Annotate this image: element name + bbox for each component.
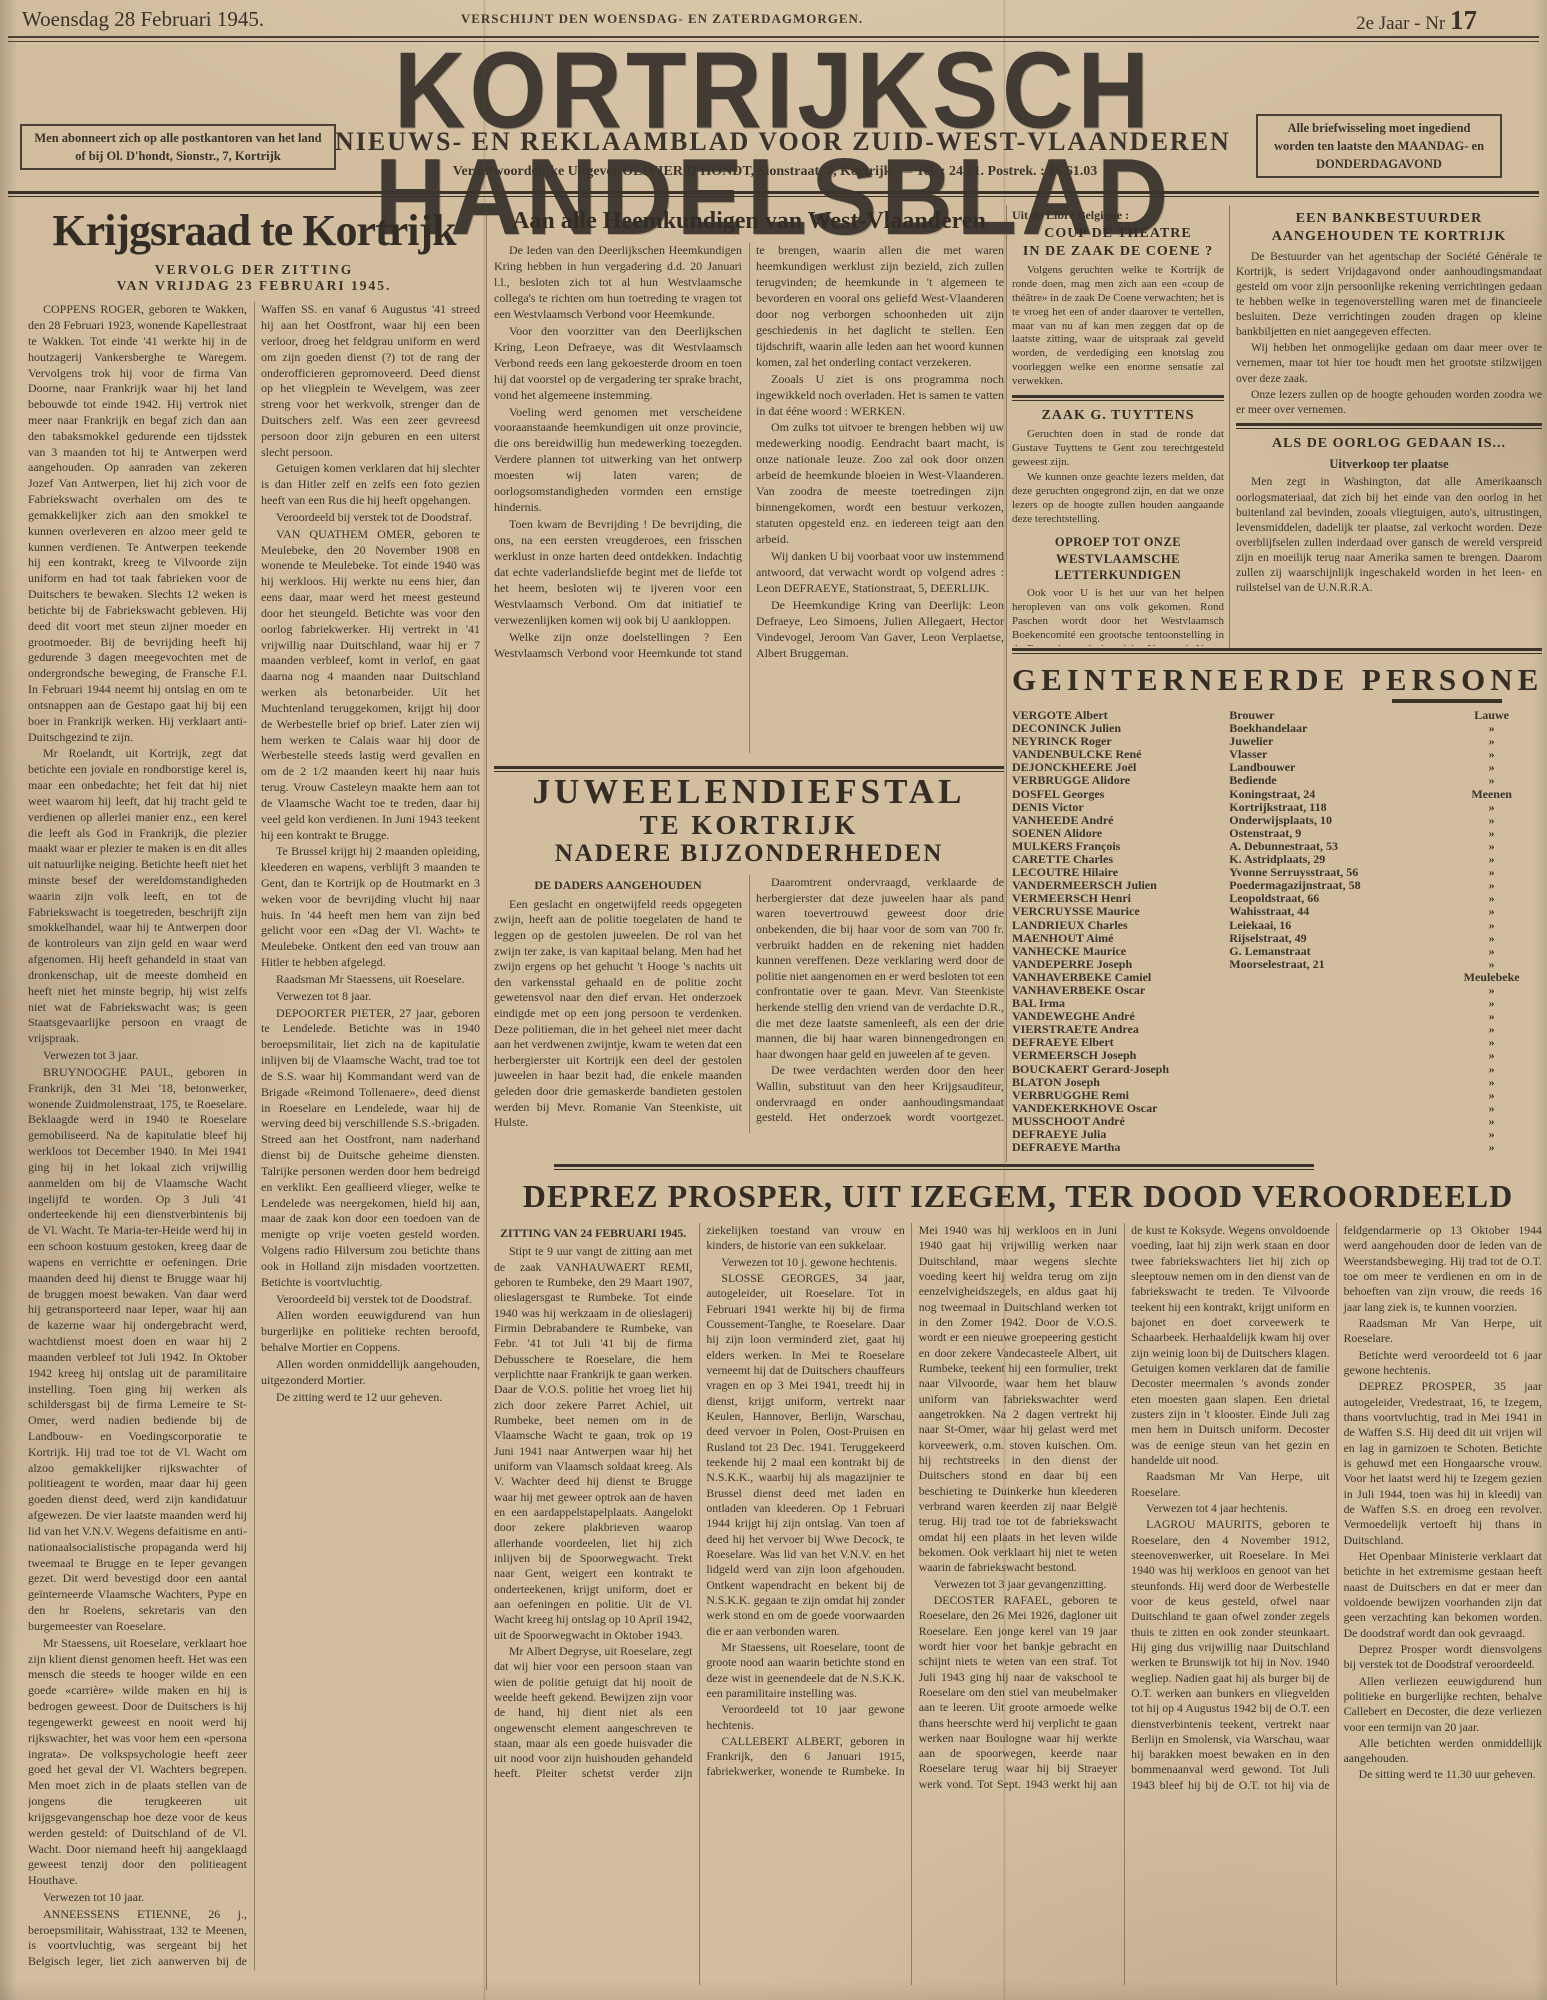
person-name: BAL Irma <box>1012 997 1229 1010</box>
paragraph: Verwezen tot 8 jaar. <box>261 989 480 1005</box>
article-oorlog-title: ALS DE OORLOG GEDAAN IS... <box>1236 435 1542 453</box>
person-detail <box>1229 1102 1441 1115</box>
article-krijgsraad-body: COPPENS ROGER, geboren te Wakken, den 28… <box>28 302 480 1970</box>
person-place: » <box>1441 1049 1542 1062</box>
article-libre-tagline: Uit de Libre Belgique : <box>1012 208 1224 223</box>
person-place: Meenen <box>1441 788 1542 801</box>
person-name: MAENHOUT Aimé <box>1012 932 1229 945</box>
table-row: MULKERS FrançoisA. Debunnestraat, 53» <box>1012 840 1542 853</box>
table-row: DEFRAEYE Martha» <box>1012 1141 1542 1154</box>
paragraph: Veroordeeld bij verstek tot de Doodstraf… <box>261 510 480 526</box>
person-place: » <box>1441 840 1542 853</box>
column-divider <box>486 205 487 1990</box>
person-detail: Landbouwer <box>1229 761 1441 774</box>
person-detail: Bediende <box>1229 774 1441 787</box>
article-deprez-body: ZITTING VAN 24 FEBRUARI 1945.Stipt te 9 … <box>494 1223 1542 1985</box>
person-detail <box>1229 1049 1441 1062</box>
person-detail <box>1229 1089 1441 1102</box>
person-name: VANDEPERRE Joseph <box>1012 958 1229 971</box>
person-detail <box>1229 1128 1441 1141</box>
table-row: LANDRIEUX CharlesLeiekaai, 16» <box>1012 919 1542 932</box>
person-place: Lauwe <box>1441 709 1542 722</box>
paragraph: DE DADERS AANGEHOUDEN <box>494 878 742 894</box>
article-oorlog-subtitle: Uitverkoop ter plaatse <box>1236 456 1542 472</box>
section-rule <box>1012 395 1224 401</box>
person-name: VANDEWEGHE André <box>1012 1010 1229 1023</box>
article-oproep-title: OPROEP TOT ONZE WESTVLAAMSCHE LETTERKUND… <box>1012 534 1224 583</box>
article-bank-title: EEN BANKBESTUURDER AANGEHOUDEN TE KORTRI… <box>1236 210 1542 245</box>
person-name: DEFRAEYE Elbert <box>1012 1036 1229 1049</box>
paragraph: Mr Roelandt, uit Kortrijk, zegt dat beti… <box>28 746 247 1047</box>
issue-number: 2e Jaar - Nr 17 <box>1356 5 1477 36</box>
paragraph: Het Openbaar Ministerie verklaart dat be… <box>1344 1549 1542 1641</box>
title-line: COUP DE THEATRE <box>1012 225 1224 243</box>
person-name: VERBRUGGE Alidore <box>1012 774 1229 787</box>
article-juweelen-title-line1: JUWEELENDIEFSTAL <box>494 774 1004 811</box>
person-name: VANHEEDE André <box>1012 814 1229 827</box>
table-row: VANHAVERBEKE CamielMeulebeke <box>1012 971 1542 984</box>
person-detail <box>1229 1076 1441 1089</box>
subhead-line: VERVOLG DER ZITTING <box>28 262 480 278</box>
person-detail: Koningstraat, 24 <box>1229 788 1441 801</box>
paragraph: De Bestuurder van het agentschap der Soc… <box>1236 249 1542 339</box>
paragraph: De zitting werd te 12 uur geheven. <box>261 1390 480 1406</box>
paragraph: Een geslacht en ongetwijfeld reeds opgeg… <box>494 897 742 1131</box>
person-place: » <box>1441 932 1542 945</box>
person-detail: Kortrijkstraat, 118 <box>1229 801 1441 814</box>
person-detail <box>1229 1036 1441 1049</box>
person-place: » <box>1441 1010 1542 1023</box>
paragraph: Zooals U ziet is ons programma noch inge… <box>756 372 1004 420</box>
article-krijgsraad-title: Krijgsraad te Kortrijk <box>28 208 480 254</box>
person-detail: A. Debunnestraat, 53 <box>1229 840 1441 853</box>
paragraph: Allen worden onmiddellijk aangehouden, u… <box>261 1357 480 1389</box>
person-place: » <box>1441 892 1542 905</box>
person-place: » <box>1441 1141 1542 1154</box>
table-row: VERCRUYSSE MauriceWahisstraat, 44» <box>1012 905 1542 918</box>
person-place: » <box>1441 905 1542 918</box>
geinterneerde-table: VERGOTE AlbertBrouwerLauweDECONINCK Juli… <box>1012 709 1542 1154</box>
person-detail <box>1229 984 1441 997</box>
article-deprez-title: DEPREZ PROSPER, UIT IZEGEM, TER DOOD VER… <box>494 1178 1542 1215</box>
article-juweelen-title-line3: NADERE BIJZONDERHEDEN <box>494 840 1004 869</box>
geinterneerde-title: GEINTERNEERDE PERSONEN <box>1012 662 1542 698</box>
person-place: » <box>1441 814 1542 827</box>
person-name: LANDRIEUX Charles <box>1012 919 1229 932</box>
person-detail: G. Lemanstraat <box>1229 945 1441 958</box>
table-row: NEYRINCK RogerJuwelier» <box>1012 735 1542 748</box>
paragraph: Raadsman Mr Van Herpe, uit Roeselare. <box>1131 1469 1329 1500</box>
publisher-line: Verantwoordelijke Uitgever OLIVIER D'HON… <box>300 164 1250 180</box>
person-name: LECOUTRE Hilaire <box>1012 866 1229 879</box>
person-name: BLATON Joseph <box>1012 1076 1229 1089</box>
article-oproep-body: Ook voor U is het uur van het helpen her… <box>1012 587 1224 646</box>
table-row: SOENEN AlidoreOstenstraat, 9» <box>1012 827 1542 840</box>
paragraph: De Heemkundige Kring van Deerlijk: Leon … <box>756 598 1004 662</box>
person-detail: Juwelier <box>1229 735 1441 748</box>
table-row: DECONINCK JulienBoekhandelaar» <box>1012 722 1542 735</box>
issue-date: Woensdag 28 Februari 1945. <box>22 7 264 32</box>
table-row: BLATON Joseph» <box>1012 1076 1542 1089</box>
table-row: DEFRAEYE Julia» <box>1012 1128 1542 1141</box>
table-row: VANDEKERKHOVE Oscar» <box>1012 1102 1542 1115</box>
person-name: DEFRAEYE Julia <box>1012 1128 1229 1141</box>
article-juweelen-body: DE DADERS AANGEHOUDENEen geslacht en ong… <box>494 875 1004 1133</box>
person-detail <box>1229 971 1441 984</box>
table-row: LECOUTRE HilaireYvonne Serruysstraat, 56… <box>1012 866 1542 879</box>
person-name: VANDEKERKHOVE Oscar <box>1012 1102 1229 1115</box>
table-row: VANHAVERBEKE Oscar» <box>1012 984 1542 997</box>
person-name: NEYRINCK Roger <box>1012 735 1229 748</box>
person-place: » <box>1441 1036 1542 1049</box>
person-name: VANHAVERBEKE Oscar <box>1012 984 1229 997</box>
article-deprez: DEPREZ PROSPER, UIT IZEGEM, TER DOOD VER… <box>494 1164 1542 1990</box>
table-row: BOUCKAERT Gerard-Joseph» <box>1012 1063 1542 1076</box>
article-heemkundigen-body: De leden van den Deerlijkschen Heemkundi… <box>494 243 1004 753</box>
person-place: » <box>1441 853 1542 866</box>
title-line: AANGEHOUDEN TE KORTRIJK <box>1236 228 1542 246</box>
person-name: CARETTE Charles <box>1012 853 1229 866</box>
person-detail <box>1229 1063 1441 1076</box>
person-detail: Leiekaai, 16 <box>1229 919 1441 932</box>
person-place: » <box>1441 984 1542 997</box>
paragraph: Raadsman Mr Van Herpe, uit Roeselare. <box>1344 1316 1542 1347</box>
paragraph: Allen verliezen eeuwigdurend hun politie… <box>1344 1674 1542 1735</box>
person-detail <box>1229 1141 1441 1154</box>
table-row: VERMEERSCH HenriLeopoldstraat, 66» <box>1012 892 1542 905</box>
table-row: VANDENBULCKE RenéVlasser» <box>1012 748 1542 761</box>
article-krijgsraad: Krijgsraad te Kortrijk VERVOLG DER ZITTI… <box>28 208 480 1990</box>
person-detail <box>1229 1023 1441 1036</box>
person-place: » <box>1441 919 1542 932</box>
subscription-notice-box: Men abonneert zich op alle postkantoren … <box>20 124 336 170</box>
person-name: VERGOTE Albert <box>1012 709 1229 722</box>
person-place: » <box>1441 1063 1542 1076</box>
article-juweelendiefstal: JUWEELENDIEFSTAL TE KORTRIJK NADERE BIJZ… <box>494 774 1004 1160</box>
person-place: » <box>1441 801 1542 814</box>
article-oorlog-body: Men zegt in Washington, dat alle Amerika… <box>1236 474 1542 595</box>
article-heemkundigen: Aan alle Heemkundigen van West-Vlaandere… <box>494 208 1004 764</box>
person-name: DECONINCK Julien <box>1012 722 1229 735</box>
person-place: » <box>1441 1128 1542 1141</box>
paragraph: Verwezen tot 10 jaar. <box>28 1890 247 1906</box>
newspaper-page: Woensdag 28 Februari 1945. VERSCHIJNT DE… <box>0 0 1547 2000</box>
paragraph: Mr Staessens, uit Roeselare, toont de gr… <box>706 1640 904 1701</box>
person-name: VANHECKE Maurice <box>1012 945 1229 958</box>
table-row: DEFRAEYE Elbert» <box>1012 1036 1542 1049</box>
person-place: » <box>1441 774 1542 787</box>
person-name: DEJONCKHEERE Joël <box>1012 761 1229 774</box>
paragraph: Verwezen tot 4 jaar hechtenis. <box>1131 1501 1329 1516</box>
person-detail: Brouwer <box>1229 709 1441 722</box>
paragraph: We kunnen onze geachte lezers melden, da… <box>1012 471 1224 526</box>
paragraph: Geruchten doen in stad de ronde dat Gust… <box>1012 428 1224 470</box>
table-row: VIERSTRAETE Andrea» <box>1012 1023 1542 1036</box>
person-name: VERCRUYSSE Maurice <box>1012 905 1229 918</box>
paragraph: Betichte werd veroordeeld tot 6 jaar gew… <box>1344 1348 1542 1379</box>
table-row: VANHEEDE AndréOnderwijsplaats, 10» <box>1012 814 1542 827</box>
person-name: DENIS Victor <box>1012 801 1229 814</box>
paragraph: Verwezen tot 10 j. gewone hechtenis. <box>706 1255 904 1270</box>
paragraph: Veroordeeld bij verstek tot de Doodstraf… <box>261 1292 480 1308</box>
subhead-line: VAN VRIJDAG 23 FEBRUARI 1945. <box>28 278 480 294</box>
paragraph: Voor den voorzitter van den Deerlijksche… <box>494 324 742 404</box>
table-row: DEJONCKHEERE JoëlLandbouwer» <box>1012 761 1542 774</box>
section-rule <box>554 1164 1314 1170</box>
paragraph: De leden van den Deerlijkschen Heemkundi… <box>494 243 742 323</box>
paragraph: Toen kwam de Bevrijding ! De bevrijding,… <box>494 517 742 629</box>
table-row: VANDEPERRE JosephMoorselestraat, 21» <box>1012 958 1542 971</box>
person-place: » <box>1441 722 1542 735</box>
paragraph: Veroordeeld tot 10 jaar gewone hechtenis… <box>706 1702 904 1733</box>
person-name: BOUCKAERT Gerard-Joseph <box>1012 1063 1229 1076</box>
paragraph: SLOSSE GEORGES, 34 jaar, autogeleider, u… <box>706 1271 904 1639</box>
paragraph: De sitting werd te 11.30 uur geheven. <box>1344 1767 1542 1782</box>
person-place: » <box>1441 1076 1542 1089</box>
paragraph: Mr Staessens, uit Roeselare, verklaart h… <box>28 1636 247 1889</box>
title-line: OPROEP TOT ONZE <box>1012 534 1224 550</box>
section-rule <box>1236 423 1542 429</box>
person-detail <box>1229 997 1441 1010</box>
paragraph: DEPOORTER PIETER, 27 jaar, geboren te Le… <box>261 1006 480 1291</box>
paragraph: Verwezen tot 3 jaar. <box>28 1048 247 1064</box>
table-row: MAENHOUT AiméRijselstraat, 49» <box>1012 932 1542 945</box>
table-row: DOSFEL GeorgesKoningstraat, 24Meenen <box>1012 788 1542 801</box>
person-name: VERMEERSCH Henri <box>1012 892 1229 905</box>
table-row: VANDERMEERSCH JulienPoedermagazijnstraat… <box>1012 879 1542 892</box>
paragraph: Verwezen tot 3 jaar gevangenzitting. <box>919 1577 1117 1592</box>
article-tuyttens-title: ZAAK G. TUYTTENS <box>1012 407 1224 425</box>
paragraph: VAN QUATHEM OMER, geboren te Meulebeke, … <box>261 527 480 844</box>
person-name: VERMEERSCH Joseph <box>1012 1049 1229 1062</box>
paragraph: Volgens geruchten welke te Kortrijk de r… <box>1012 264 1224 389</box>
paragraph: Te Brussel krijgt hij 2 maanden opleidin… <box>261 844 480 971</box>
person-detail <box>1229 1010 1441 1023</box>
person-name: VERBRUGGHE Remi <box>1012 1089 1229 1102</box>
person-detail: Vlasser <box>1229 748 1441 761</box>
table-row: VERBRUGGHE Remi» <box>1012 1089 1542 1102</box>
column-divider <box>1229 205 1230 648</box>
paragraph: Wij hebben het onmogelijke gedaan om daa… <box>1236 340 1542 385</box>
title-line: WESTVLAAMSCHE LETTERKUNDIGEN <box>1012 551 1224 584</box>
person-place: » <box>1441 1023 1542 1036</box>
paragraph: BRUYNOOGHE PAUL, geboren in Frankrijk, d… <box>28 1065 247 1635</box>
person-detail: Moorselestraat, 21 <box>1229 958 1441 971</box>
person-detail: Ostenstraat, 9 <box>1229 827 1441 840</box>
person-place: » <box>1441 945 1542 958</box>
column-divider <box>1006 205 1007 1162</box>
person-detail: Yvonne Serruysstraat, 56 <box>1229 866 1441 879</box>
paragraph: Deprez Prosper wordt diensvolgens bij ve… <box>1344 1642 1542 1673</box>
title-line: EEN BANKBESTUURDER <box>1236 210 1542 228</box>
person-name: VANDERMEERSCH Julien <box>1012 879 1229 892</box>
person-place: » <box>1441 1102 1542 1115</box>
paragraph: Allen worden eeuwigdurend van hun burger… <box>261 1308 480 1355</box>
article-heemkundigen-title: Aan alle Heemkundigen van West-Vlaandere… <box>494 208 1004 235</box>
table-row: CARETTE CharlesK. Astridplaats, 29» <box>1012 853 1542 866</box>
person-name: DEFRAEYE Martha <box>1012 1141 1229 1154</box>
correspondence-notice-box: Alle briefwisseling moet ingediend worde… <box>1256 114 1502 178</box>
person-name: VANDENBULCKE René <box>1012 748 1229 761</box>
article-libre-body: Volgens geruchten welke te Kortrijk de r… <box>1012 264 1224 389</box>
article-krijgsraad-subhead: VERVOLG DER ZITTING VAN VRIJDAG 23 FEBRU… <box>28 262 480 294</box>
person-detail: Rijselstraat, 49 <box>1229 932 1441 945</box>
table-row: VERMEERSCH Joseph» <box>1012 1049 1542 1062</box>
table-row: BAL Irma» <box>1012 997 1542 1010</box>
person-place: » <box>1441 748 1542 761</box>
person-detail: Wahisstraat, 44 <box>1229 905 1441 918</box>
paragraph: Alle betichten werden onmiddellijk aange… <box>1344 1736 1542 1767</box>
paragraph: Daaromtrent ondervraagd, verklaarde de h… <box>756 875 1004 1062</box>
paragraph: Raadsman Mr Staessens, uit Roeselare. <box>261 972 480 988</box>
title-underline <box>1392 699 1502 703</box>
paragraph: ZITTING VAN 24 FEBRUARI 1945. <box>494 1226 692 1241</box>
table-row: VERGOTE AlbertBrouwerLauwe <box>1012 709 1542 722</box>
article-libre-title: COUP DE THEATRE IN DE ZAAK DE COENE ? <box>1012 225 1224 260</box>
person-place: » <box>1441 735 1542 748</box>
person-name: MUSSCHOOT André <box>1012 1115 1229 1128</box>
person-name: VIERSTRAETE Andrea <box>1012 1023 1229 1036</box>
paragraph: Wij danken U bij voorbaat voor uw instem… <box>756 549 1004 597</box>
table-row: DENIS VictorKortrijkstraat, 118» <box>1012 801 1542 814</box>
person-place: Meulebeke <box>1441 971 1542 984</box>
person-detail: Boekhandelaar <box>1229 722 1441 735</box>
person-detail: Onderwijsplaats, 10 <box>1229 814 1441 827</box>
person-name: SOENEN Alidore <box>1012 827 1229 840</box>
column-bankbestuurder: EEN BANKBESTUURDER AANGEHOUDEN TE KORTRI… <box>1236 208 1542 648</box>
table-row: VANDEWEGHE André» <box>1012 1010 1542 1023</box>
paragraph: Onze lezers zullen op de hoogte gehouden… <box>1236 387 1542 417</box>
person-name: VANHAVERBEKE Camiel <box>1012 971 1229 984</box>
paragraph: COPPENS ROGER, geboren te Wakken, den 28… <box>28 302 247 745</box>
table-row: VERBRUGGE AlidoreBediende» <box>1012 774 1542 787</box>
section-rule <box>1012 648 1542 654</box>
issue-no: 17 <box>1450 5 1477 35</box>
person-detail: Leopoldstraat, 66 <box>1229 892 1441 905</box>
table-row: MUSSCHOOT André» <box>1012 1115 1542 1128</box>
article-bank-body: De Bestuurder van het agentschap der Soc… <box>1236 249 1542 417</box>
paragraph: DEPREZ PROSPER, 35 jaar autogeleider, Vr… <box>1344 1379 1542 1548</box>
paragraph: Getuigen komen verklaren dat hij slechte… <box>261 461 480 508</box>
person-place: » <box>1441 958 1542 971</box>
person-place: » <box>1441 1115 1542 1128</box>
table-row: VANHECKE MauriceG. Lemanstraat» <box>1012 945 1542 958</box>
article-tuyttens-body: Geruchten doen in stad de ronde dat Gust… <box>1012 428 1224 526</box>
paragraph: Ook voor U is het uur van het helpen her… <box>1012 587 1224 646</box>
paragraph: Stipt te 9 uur vangt de zitting aan met … <box>494 1244 692 1643</box>
paragraph: Men zegt in Washington, dat alle Amerika… <box>1236 474 1542 595</box>
person-place: » <box>1441 866 1542 879</box>
person-place: » <box>1441 761 1542 774</box>
person-detail: K. Astridplaats, 29 <box>1229 853 1441 866</box>
paragraph: Om zulks tot uitvoer te brengen hebben w… <box>756 420 1004 548</box>
paragraph: Voeling werd genomen met verscheidene vo… <box>494 405 742 517</box>
article-geinterneerde-personen: GEINTERNEERDE PERSONEN VERGOTE AlbertBro… <box>1012 656 1542 1162</box>
person-detail <box>1229 1115 1441 1128</box>
masthead-bottom-rule <box>8 191 1539 197</box>
paper-subtitle: NIEUWS- EN REKLAAMBLAD VOOR ZUID-WEST-VL… <box>335 127 1215 157</box>
person-detail: Poedermagazijnstraat, 58 <box>1229 879 1441 892</box>
title-line: IN DE ZAAK DE COENE ? <box>1012 243 1224 261</box>
publication-frequency: VERSCHIJNT DEN WOENSDAG- EN ZATERDAGMORG… <box>382 11 942 27</box>
person-name: DOSFEL Georges <box>1012 788 1229 801</box>
column-libre-belgique: Uit de Libre Belgique : COUP DE THEATRE … <box>1012 208 1224 646</box>
issue-prefix: 2e Jaar - Nr <box>1356 13 1450 34</box>
person-place: » <box>1441 827 1542 840</box>
person-place: » <box>1441 997 1542 1010</box>
person-name: MULKERS François <box>1012 840 1229 853</box>
article-juweelen-title-line2: TE KORTRIJK <box>494 811 1004 841</box>
person-place: » <box>1441 879 1542 892</box>
person-place: » <box>1441 1089 1542 1102</box>
